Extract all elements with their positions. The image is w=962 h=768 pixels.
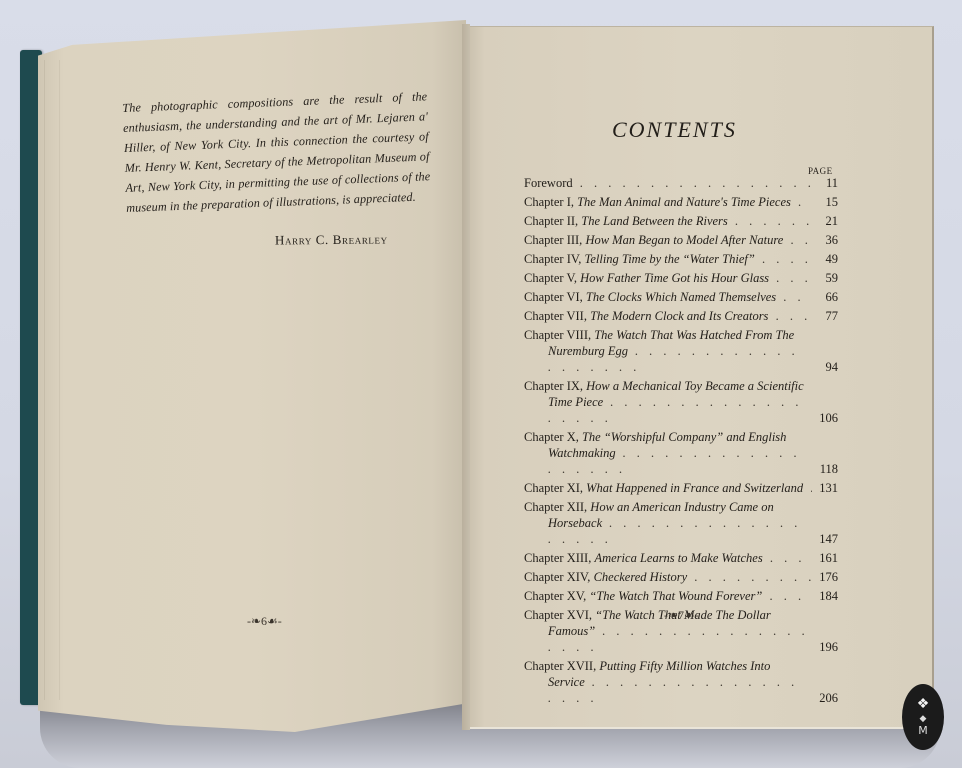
page-number: 206 [812,690,838,706]
page-number: 118 [812,461,838,477]
chapter-label: Foreword [524,176,573,190]
leader-dots: . . . . . . . . . . . . . . . . . . . [768,309,812,323]
table-of-contents: Foreword . . . . . . . . . . . . . . . .… [524,175,838,709]
chapter-label: Chapter I, [524,195,574,209]
toc-entry-text: Chapter XIV, Checkered History . . . . .… [524,569,812,585]
toc-entry-text: Chapter IX, How a Mechanical Toy Became … [524,378,812,426]
chapter-label: Chapter XIV, [524,570,590,584]
page-number: 106 [812,410,838,426]
leader-dots: . . . . . . . . . . . . . . . . . . . [687,570,812,584]
toc-entry: Chapter XVII, Putting Fifty Million Watc… [524,658,838,706]
monogram-letter: M [918,725,928,736]
chapter-title-continued-text: Service [548,675,585,689]
toc-entry-text: Chapter XV, “The Watch That Wound Foreve… [524,588,812,604]
toc-entry: Chapter XIV, Checkered History . . . . .… [524,569,838,585]
chapter-title-continued: Horseback . . . . . . . . . . . . . . . … [524,515,812,547]
toc-entry: Chapter II, The Land Between the Rivers … [524,213,838,229]
chapter-title-continued-text: Horseback [548,516,602,530]
chapter-title: The Watch That Was Hatched From The [594,328,794,342]
toc-entry-text: Chapter III, How Man Began to Model Afte… [524,232,812,248]
toc-entry: Chapter VII, The Modern Clock and Its Cr… [524,308,838,324]
leader-dots: . . . . . . . . . . . . . . . . . . . [776,290,812,304]
leader-dots: . . . . . . . . . . . . . . . . . . . [762,589,812,603]
page-number: 36 [812,232,838,248]
page-number: 66 [812,289,838,305]
chapter-label: Chapter XV, [524,589,586,603]
leader-dots: . . . . . . . . . . . . . . . . . . . [803,481,812,495]
watermark-badge: ❖ ◆ M [902,684,944,750]
leader-dots: . . . . . . . . . . . . . . . . . . . [769,271,812,285]
chapter-label: Chapter IX, [524,379,583,393]
toc-entry: Chapter X, The “Worshipful Company” and … [524,429,838,477]
chapter-title: The Clocks Which Named Themselves [586,290,776,304]
left-page-edges [44,60,60,700]
chapter-title-continued: Nuremburg Egg . . . . . . . . . . . . . … [524,343,812,375]
chapter-title: What Happened in France and Switzerland [586,481,803,495]
page-number: 176 [812,569,838,585]
chapter-title: The “Worshipful Company” and English [582,430,786,444]
right-page-number: -❧7☙- [664,608,699,623]
diamond-flower-icon: ❖ [917,698,930,712]
toc-entry: Chapter VIII, The Watch That Was Hatched… [524,327,838,375]
leader-dots: . . . . . . . . . . . . . . . . . . . [548,675,799,705]
leader-dots: . . . . . . . . . . . . . . . . . . . [755,252,812,266]
chapter-title: “The Watch That Wound Forever” [589,589,762,603]
toc-entry-text: Foreword . . . . . . . . . . . . . . . .… [524,175,812,191]
page-number: 161 [812,550,838,566]
page-number: 49 [812,251,838,267]
toc-entry: Chapter III, How Man Began to Model Afte… [524,232,838,248]
leader-dots: . . . . . . . . . . . . . . . . . . . [763,551,812,565]
chapter-title-continued-text: Famous” [548,624,595,638]
toc-entry: Chapter I, The Man Animal and Nature's T… [524,194,838,210]
chapter-title: Putting Fifty Million Watches Into [599,659,770,673]
toc-entry-text: Chapter V, How Father Time Got his Hour … [524,270,812,286]
contents-title: CONTENTS [612,117,737,143]
toc-entry: Chapter XII, How an American Industry Ca… [524,499,838,547]
chapter-title: How a Mechanical Toy Became a Scientific [586,379,804,393]
chapter-title: America Learns to Make Watches [594,551,762,565]
page-number: 59 [812,270,838,286]
toc-entry: Chapter XV, “The Watch That Wound Foreve… [524,588,838,604]
toc-entry: Chapter XI, What Happened in France and … [524,480,838,496]
chapter-label: Chapter XVI, [524,608,592,622]
page-number: 11 [812,175,838,191]
page-number: 77 [812,308,838,324]
toc-entry-text: Chapter XI, What Happened in France and … [524,480,812,496]
chapter-title-continued: Service . . . . . . . . . . . . . . . . … [524,674,812,706]
toc-entry-text: Chapter VI, The Clocks Which Named Thems… [524,289,812,305]
left-page-number: -❧6☙- [247,614,282,629]
page-number: 94 [812,359,838,375]
book-gutter [462,24,470,730]
page-number: 184 [812,588,838,604]
toc-entry-text: Chapter I, The Man Animal and Nature's T… [524,194,812,210]
chapter-label: Chapter XII, [524,500,587,514]
leader-dots: . . . . . . . . . . . . . . . . . . . [728,214,812,228]
chapter-title-continued-text: Watchmaking [548,446,616,460]
chapter-label: Chapter II, [524,214,578,228]
chapter-title: How an American Industry Came on [590,500,773,514]
chapter-label: Chapter VI, [524,290,583,304]
chapter-title-continued-text: Time Piece [548,395,603,409]
chapter-title: Checkered History [594,570,688,584]
acknowledgment-paragraph: The photographic compositions are the re… [122,86,431,218]
chapter-label: Chapter III, [524,233,582,247]
chapter-title-continued: Watchmaking . . . . . . . . . . . . . . … [524,445,812,477]
author-signature: Harry C. Brearley [275,232,388,249]
toc-entry-text: Chapter VIII, The Watch That Was Hatched… [524,327,812,375]
leader-dots: . . . . . . . . . . . . . . . . . . . [573,176,812,190]
chapter-label: Chapter XIII, [524,551,591,565]
chapter-label: Chapter XI, [524,481,583,495]
toc-entry: Chapter V, How Father Time Got his Hour … [524,270,838,286]
diamond-icon: ◆ [920,714,927,723]
chapter-label: Chapter X, [524,430,579,444]
chapter-title-continued: Famous” . . . . . . . . . . . . . . . . … [524,623,812,655]
toc-entry: Chapter IV, Telling Time by the “Water T… [524,251,838,267]
toc-entry-text: Chapter X, The “Worshipful Company” and … [524,429,812,477]
chapter-title-continued: Time Piece . . . . . . . . . . . . . . .… [524,394,812,426]
chapter-label: Chapter VII, [524,309,587,323]
toc-entry-text: Chapter XII, How an American Industry Ca… [524,499,812,547]
chapter-label: Chapter V, [524,271,577,285]
page-number: 15 [812,194,838,210]
chapter-title: How Father Time Got his Hour Glass [580,271,769,285]
chapter-label: Chapter VIII, [524,328,591,342]
toc-entry-text: Chapter II, The Land Between the Rivers … [524,213,812,229]
toc-entry-text: Chapter IV, Telling Time by the “Water T… [524,251,812,267]
page-number: 196 [812,639,838,655]
toc-entry-text: Chapter XIII, America Learns to Make Wat… [524,550,812,566]
page-number: 147 [812,531,838,547]
leader-dots: . . . . . . . . . . . . . . . . . . . [783,233,812,247]
chapter-title: The Land Between the Rivers [581,214,728,228]
chapter-title: How Man Began to Model After Nature [585,233,783,247]
chapter-title: The Man Animal and Nature's Time Pieces [577,195,791,209]
toc-entry: Chapter IX, How a Mechanical Toy Became … [524,378,838,426]
chapter-title: Telling Time by the “Water Thief” [585,252,755,266]
toc-entry: Foreword . . . . . . . . . . . . . . . .… [524,175,838,191]
chapter-label: Chapter XVII, [524,659,596,673]
toc-entry: Chapter XIII, America Learns to Make Wat… [524,550,838,566]
page-number: 21 [812,213,838,229]
page-number: 131 [812,480,838,496]
chapter-label: Chapter IV, [524,252,581,266]
toc-entry-text: Chapter XVII, Putting Fifty Million Watc… [524,658,812,706]
toc-entry-text: Chapter VII, The Modern Clock and Its Cr… [524,308,812,324]
chapter-title: The Modern Clock and Its Creators [590,309,768,323]
leader-dots: . . . . . . . . . . . . . . . . . . . [791,195,812,209]
chapter-title-continued-text: Nuremburg Egg [548,344,628,358]
toc-entry: Chapter VI, The Clocks Which Named Thems… [524,289,838,305]
